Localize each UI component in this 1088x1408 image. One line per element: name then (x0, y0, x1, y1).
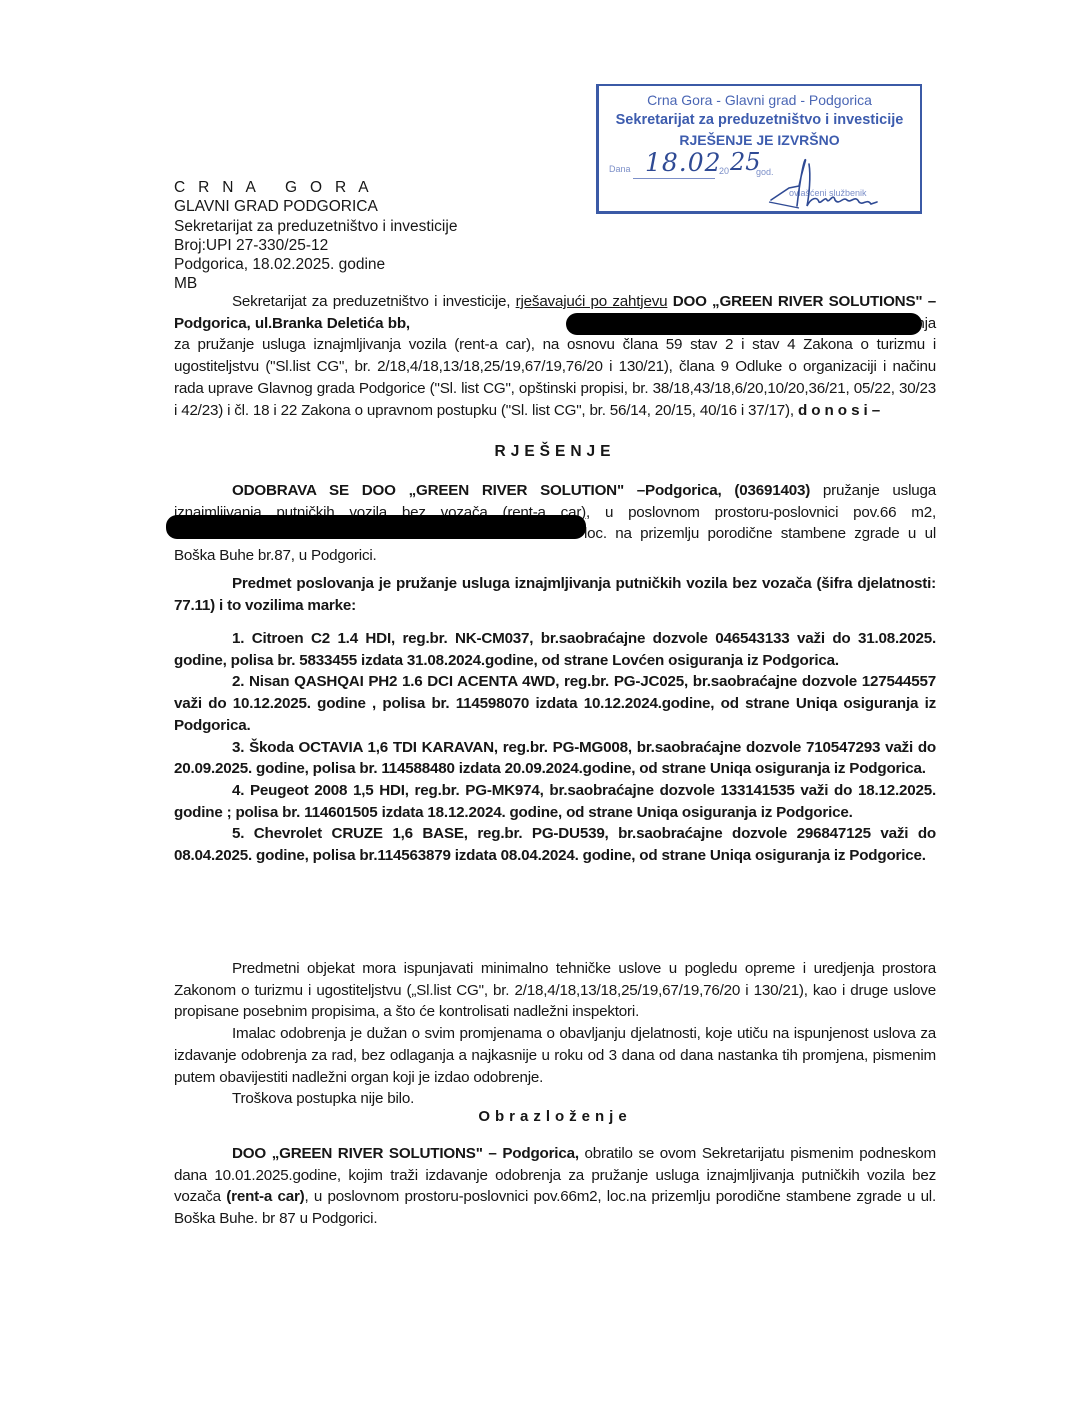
redaction-box-address (566, 313, 922, 335)
document-header: C R N A G O R A GLAVNI GRAD PODGORICA Se… (174, 178, 457, 294)
document-page: Crna Gora - Glavni grad - Podgorica Sekr… (0, 0, 1088, 1408)
stamp-line-1: Crna Gora - Glavni grad - Podgorica (599, 92, 920, 108)
vehicle-item: 4. Peugeot 2008 1,5 HDI, reg.br. PG-MK97… (174, 780, 936, 823)
signature-icon (759, 156, 909, 212)
stamp-line-2: Sekretarijat za preduzetništvo i investi… (599, 112, 920, 128)
header-country: C R N A G O R A (174, 178, 457, 197)
conditions-paragraphs: Predmetni objekat mora ispunjavati minim… (174, 958, 936, 1110)
decision-text-a: ODOBRAVA SE DOO „GREEN RIVER SOLUTION" –… (232, 482, 810, 499)
stamp-date-value: 18.02 (645, 148, 722, 177)
header-department: Sekretarijat za preduzetništvo i investi… (174, 217, 457, 236)
official-stamp: Crna Gora - Glavni grad - Podgorica Sekr… (596, 84, 922, 214)
header-case-number: Broj:UPI 27-330/25-12 (174, 236, 457, 255)
header-place-date: Podgorica, 18.02.2025. godine (174, 255, 457, 274)
stamp-enforceable-label: RJEŠENJE JE IZVRŠNO (599, 132, 920, 148)
change-notice-paragraph: Imalac odobrenja je dužan o svim promjen… (174, 1023, 936, 1088)
intro-paragraph: Sekretarijat za preduzetništvo i investi… (174, 291, 936, 421)
intro-donosi: donosi– (798, 402, 884, 419)
stamp-date-label: Dana (609, 164, 631, 174)
vehicle-item: 1. Citroen C2 1.4 HDI, reg.br. NK-CM037,… (174, 628, 936, 671)
stamp-year-prefix: 20 (719, 166, 729, 176)
vehicle-item: 2. Nisan QASHQAI PH2 1.6 DCI ACENTA 4WD,… (174, 671, 936, 736)
decision-title: RJEŠENJE (174, 443, 936, 461)
business-subject-text: Predmet poslovanja je pružanje usluga iz… (174, 575, 936, 614)
intro-text-a: Sekretarijat za preduzetništvo i investi… (232, 293, 516, 310)
reasoning-paragraph: DOO „GREEN RIVER SOLUTIONS" – Podgorica,… (174, 1143, 936, 1230)
redaction-box-location (166, 515, 586, 539)
vehicle-item: 3. Škoda OCTAVIA 1,6 TDI KARAVAN, reg.br… (174, 737, 936, 780)
costs-paragraph: Troškova postupka nije bilo. (174, 1088, 936, 1110)
header-city: GLAVNI GRAD PODGORICA (174, 197, 457, 216)
decision-text-d: , u poslovnom prostoru-poslovnici pov.66… (586, 504, 936, 521)
vehicle-item: 5. Chevrolet CRUZE 1,6 BASE, reg.br. PG-… (174, 823, 936, 866)
decision-text-b: pružanje usluga (810, 482, 936, 499)
stamp-date-line (633, 178, 715, 179)
business-subject-paragraph: Predmet poslovanja je pružanje usluga iz… (174, 573, 936, 616)
vehicle-list: 1. Citroen C2 1.4 HDI, reg.br. NK-CM037,… (174, 628, 936, 867)
intro-text-b: rješavajući po zahtjevu (516, 293, 668, 310)
technical-conditions-paragraph: Predmetni objekat mora ispunjavati minim… (174, 958, 936, 1023)
reasoning-title: Obrazloženje (174, 1108, 936, 1125)
